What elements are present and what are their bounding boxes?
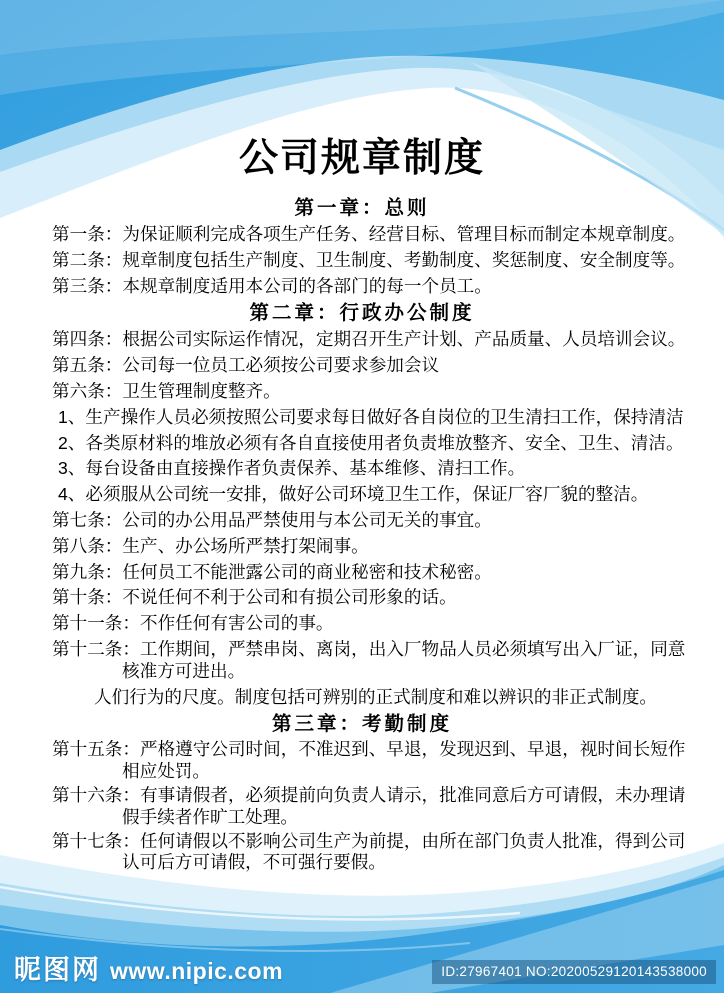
rule-item: 第十六条：有事请假者，必须提前向负责人请示，批准同意后方可请假，未办理请假手续者…	[52, 785, 700, 829]
nipic-site-url: www.nipic.com	[110, 958, 283, 985]
nipic-watermark: 昵图网 www.nipic.com	[14, 948, 283, 987]
rule-item: 第七条：公司的办公用品严禁使用与本公司无关的事宜。	[52, 508, 700, 534]
rule-item: 第五条：公司每一位员工必须按公司要求参加会议	[52, 353, 700, 379]
rule-item: 第八条：生产、办公场所严禁打架闹事。	[52, 534, 700, 560]
rule-item: 第十二条：工作期间，严禁串岗、离岗，出入厂物品人员必须填写出入厂证，同意核准方可…	[52, 639, 700, 683]
rule-item: 第六条：卫生管理制度整齐。	[52, 379, 700, 405]
chapter-heading: 第二章：行政办公制度	[0, 300, 724, 326]
rules-poster: 公司规章制度 第一章：总则 第一条：为保证顺利完成各项生产任务、经营目标、管理目…	[0, 0, 724, 993]
rule-item: 第十一条：不作任何有害公司的事。	[52, 611, 700, 637]
rule-item: 第十五条：严格遵守公司时间，不准迟到、早退，发现迟到、早退，视时间长短作相应处罚…	[52, 739, 700, 783]
rule-item: 第十条：不说任何不利于公司和有损公司形象的话。	[52, 585, 700, 611]
chapter-heading: 第三章：考勤制度	[0, 711, 724, 737]
rule-item: 第三条：本规章制度适用本公司的各部门的每一个员工。	[52, 274, 700, 300]
document-body: 公司规章制度 第一章：总则 第一条：为保证顺利完成各项生产任务、经营目标、管理目…	[0, 136, 724, 876]
page-title: 公司规章制度	[0, 136, 724, 182]
rule-item: 第二条：规章制度包括生产制度、卫生制度、考勤制度、奖惩制度、安全制度等。	[52, 248, 700, 274]
rule-subitem: 1、生产操作人员必须按照公司要求每日做好各自岗位的卫生清扫工作，保持清洁	[52, 405, 700, 431]
rule-note: 人们行为的尺度。制度包括可辨别的正式制度和难以辨识的非正式制度。	[52, 685, 700, 711]
rule-item: 第一条：为保证顺利完成各项生产任务、经营目标、管理目标而制定本规章制度。	[52, 222, 700, 248]
nipic-logo: 昵图网	[14, 948, 101, 987]
rule-subitem: 3、每台设备由直接操作者负责保养、基本维修、清扫工作。	[52, 456, 700, 482]
rule-item: 第九条：任何员工不能泄露公司的商业秘密和技术秘密。	[52, 560, 700, 586]
rule-item: 第四条：根据公司实际运作情况，定期召开生产计划、产品质量、人员培训会议。	[52, 327, 700, 353]
image-id-badge: ID:27967401 NO:20200529120143538000	[432, 960, 716, 984]
rule-item: 第十七条：任何请假以不影响公司生产为前提，由所在部门负责人批准，得到公司认可后方…	[52, 831, 700, 875]
rule-subitem: 4、必须服从公司统一安排，做好公司环境卫生工作，保证厂容厂貌的整洁。	[52, 482, 700, 508]
rule-subitem: 2、各类原材料的堆放必须有各自直接使用者负责堆放整齐、安全、卫生、清洁。	[52, 431, 700, 457]
chapter-heading: 第一章：总则	[0, 195, 724, 221]
